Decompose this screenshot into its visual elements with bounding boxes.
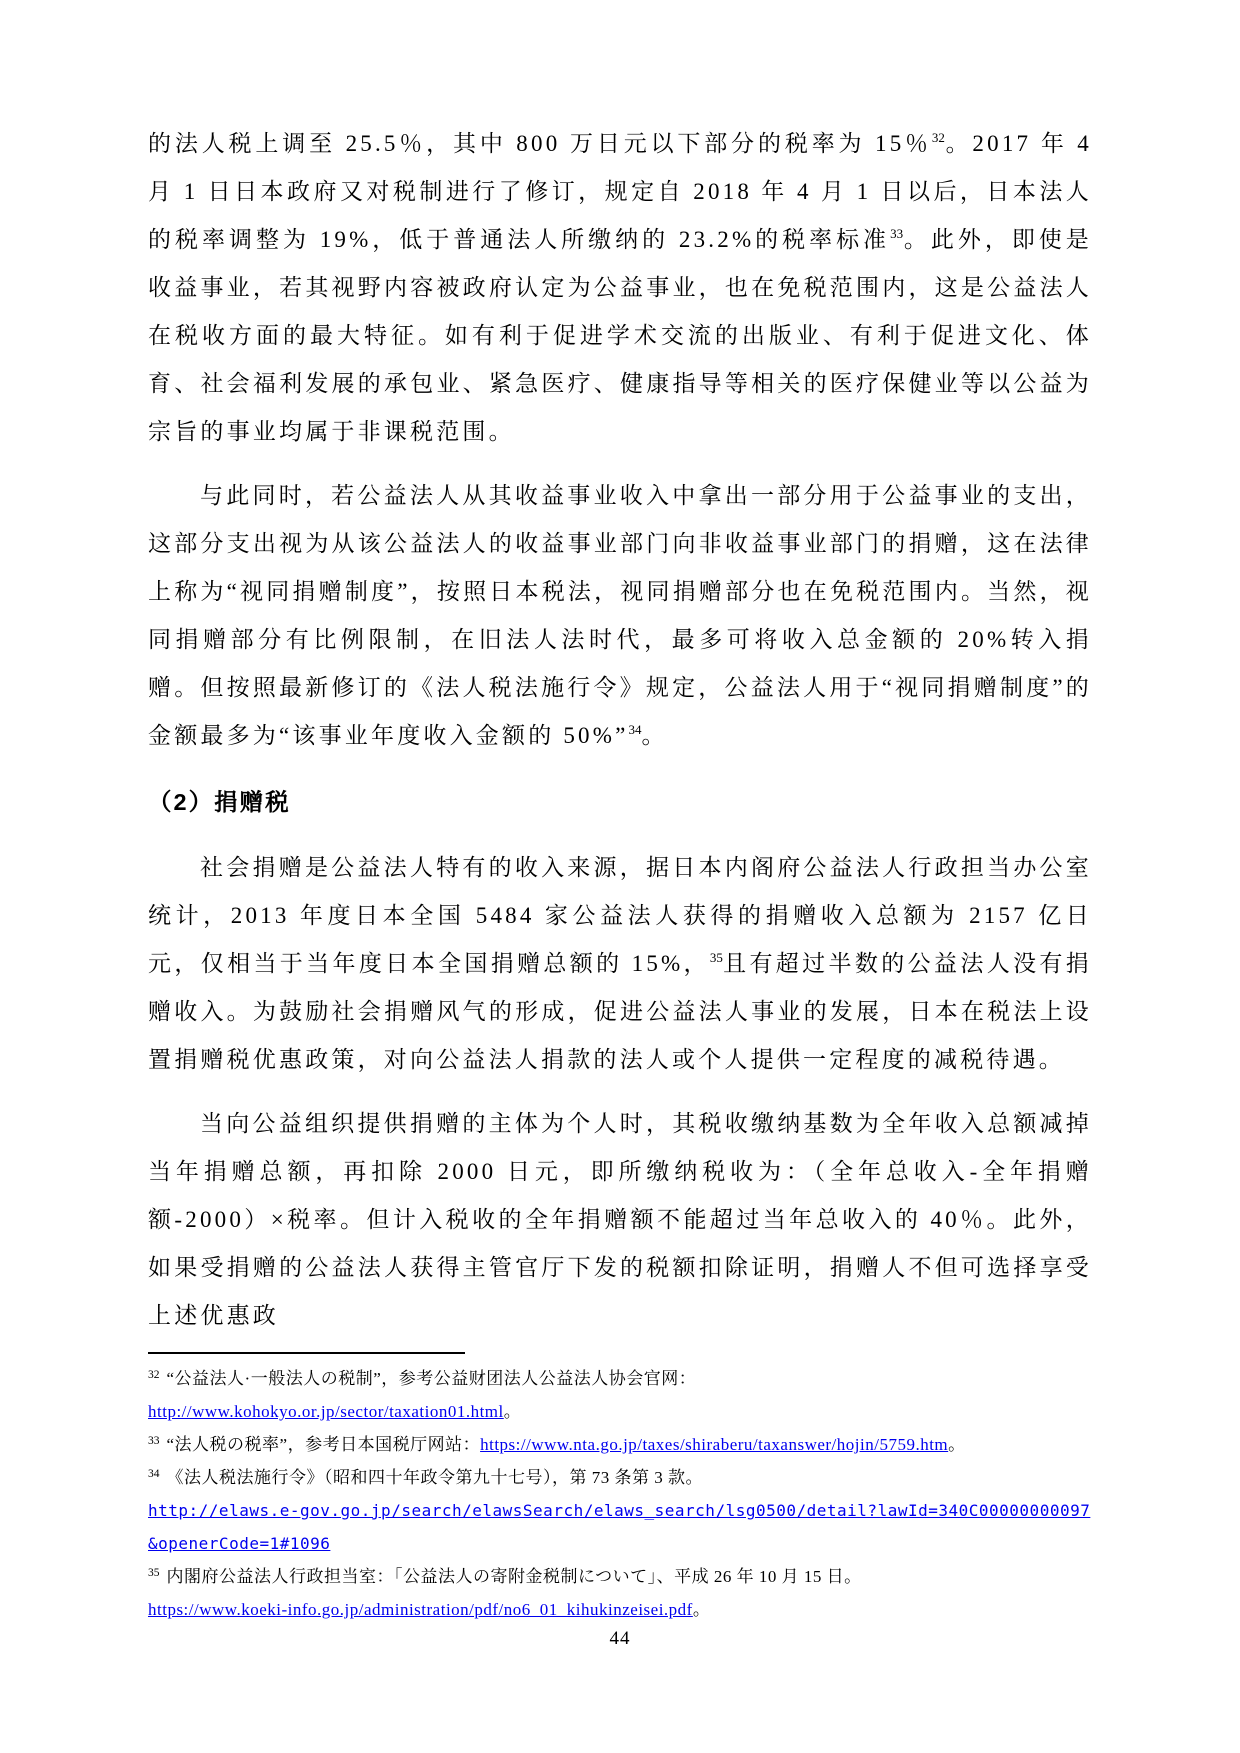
footnote-32: 32“公益法人·一般法人の税制”，参考公益财团法人公益法人协会官网： [148,1362,1092,1395]
paragraph-text: 当向公益组织提供捐赠的主体为个人时，其税收缴纳基数为全年收入总额减掉当年捐赠总额… [148,1111,1092,1328]
section-heading-donation-tax: （2）捐赠税 [148,786,1092,818]
footnote-text: 。 [504,1402,522,1421]
footnotes-section: 32“公益法人·一般法人の税制”，参考公益财团法人公益法人协会官网： http:… [148,1352,1092,1626]
footnote-32-link-line: http://www.kohokyo.or.jp/sector/taxation… [148,1395,1092,1428]
paragraph-individual-donor: 当向公益组织提供捐赠的主体为个人时，其税收缴纳基数为全年收入总额减掉当年捐赠总额… [148,1100,1092,1340]
paragraph-text: 与此同时，若公益法人从其收益事业收入中拿出一部分用于公益事业的支出，这部分支出视… [148,483,1092,748]
footnote-text: 内閣府公益法人行政担当室：「公益法人の寄附金税制について」、平成 26 年 10… [167,1567,862,1586]
page-body: 的法人税上调至 25.5％，其中 800 万日元以下部分的税率为 15％32。2… [148,120,1092,1356]
footnote-ref-32: 32 [932,130,945,145]
paragraph-text: 的法人税上调至 25.5％，其中 800 万日元以下部分的税率为 15％ [148,131,932,156]
footnote-text: 《法人税法施行令》（昭和四十年政令第九十七号），第 73 条第 3 款。 [167,1468,704,1487]
document-page: 的法人税上调至 25.5％，其中 800 万日元以下部分的税率为 15％32。2… [0,0,1240,1753]
paragraph-text: 。此外，即使是收益事业，若其视野内容被政府认定为公益事业，也在免税范围内，这是公… [148,227,1092,444]
footnote-text: 。 [948,1435,966,1454]
footnote-text: “公益法人·一般法人の税制”，参考公益财团法人公益法人协会官网： [167,1369,697,1388]
footnote-marker: 35 [148,1567,160,1579]
footnote-34-link[interactable]: http://elaws.e-gov.go.jp/search/elawsSea… [148,1501,1090,1553]
footnote-text: “法人税の税率”，参考日本国税厅网站： [167,1435,481,1454]
footnote-ref-34: 34 [629,722,642,737]
footnote-34: 34《法人税法施行令》（昭和四十年政令第九十七号），第 73 条第 3 款。 [148,1461,1092,1494]
footnote-35: 35内閣府公益法人行政担当室：「公益法人の寄附金税制について」、平成 26 年 … [148,1560,1092,1593]
footnote-35-link-line: https://www.koeki-info.go.jp/administrat… [148,1593,1092,1626]
paragraph-text: 。 [642,723,668,748]
paragraph-social-donation: 社会捐赠是公益法人特有的收入来源，据日本内阁府公益法人行政担当办公室统计，201… [148,844,1092,1084]
footnote-34-link-line: http://elaws.e-gov.go.jp/search/elawsSea… [148,1494,1092,1560]
footnote-33-link[interactable]: https://www.nta.go.jp/taxes/shiraberu/ta… [480,1435,948,1454]
footnote-ref-35: 35 [710,950,723,965]
footnote-marker: 34 [148,1468,160,1480]
footnote-marker: 32 [148,1369,160,1381]
paragraph-corporate-tax: 的法人税上调至 25.5％，其中 800 万日元以下部分的税率为 15％32。2… [148,120,1092,456]
footnote-text: 。 [693,1600,711,1619]
footnote-ref-33: 33 [890,226,903,241]
paragraph-deemed-donation: 与此同时，若公益法人从其收益事业收入中拿出一部分用于公益事业的支出，这部分支出视… [148,472,1092,760]
footnote-33: 33“法人税の税率”，参考日本国税厅网站：https://www.nta.go.… [148,1428,1092,1461]
page-number: 44 [0,1628,1240,1650]
footnote-32-link[interactable]: http://www.kohokyo.or.jp/sector/taxation… [148,1402,504,1421]
footnote-marker: 33 [148,1435,160,1447]
footnote-35-link[interactable]: https://www.koeki-info.go.jp/administrat… [148,1600,693,1619]
footnote-separator [148,1352,465,1354]
